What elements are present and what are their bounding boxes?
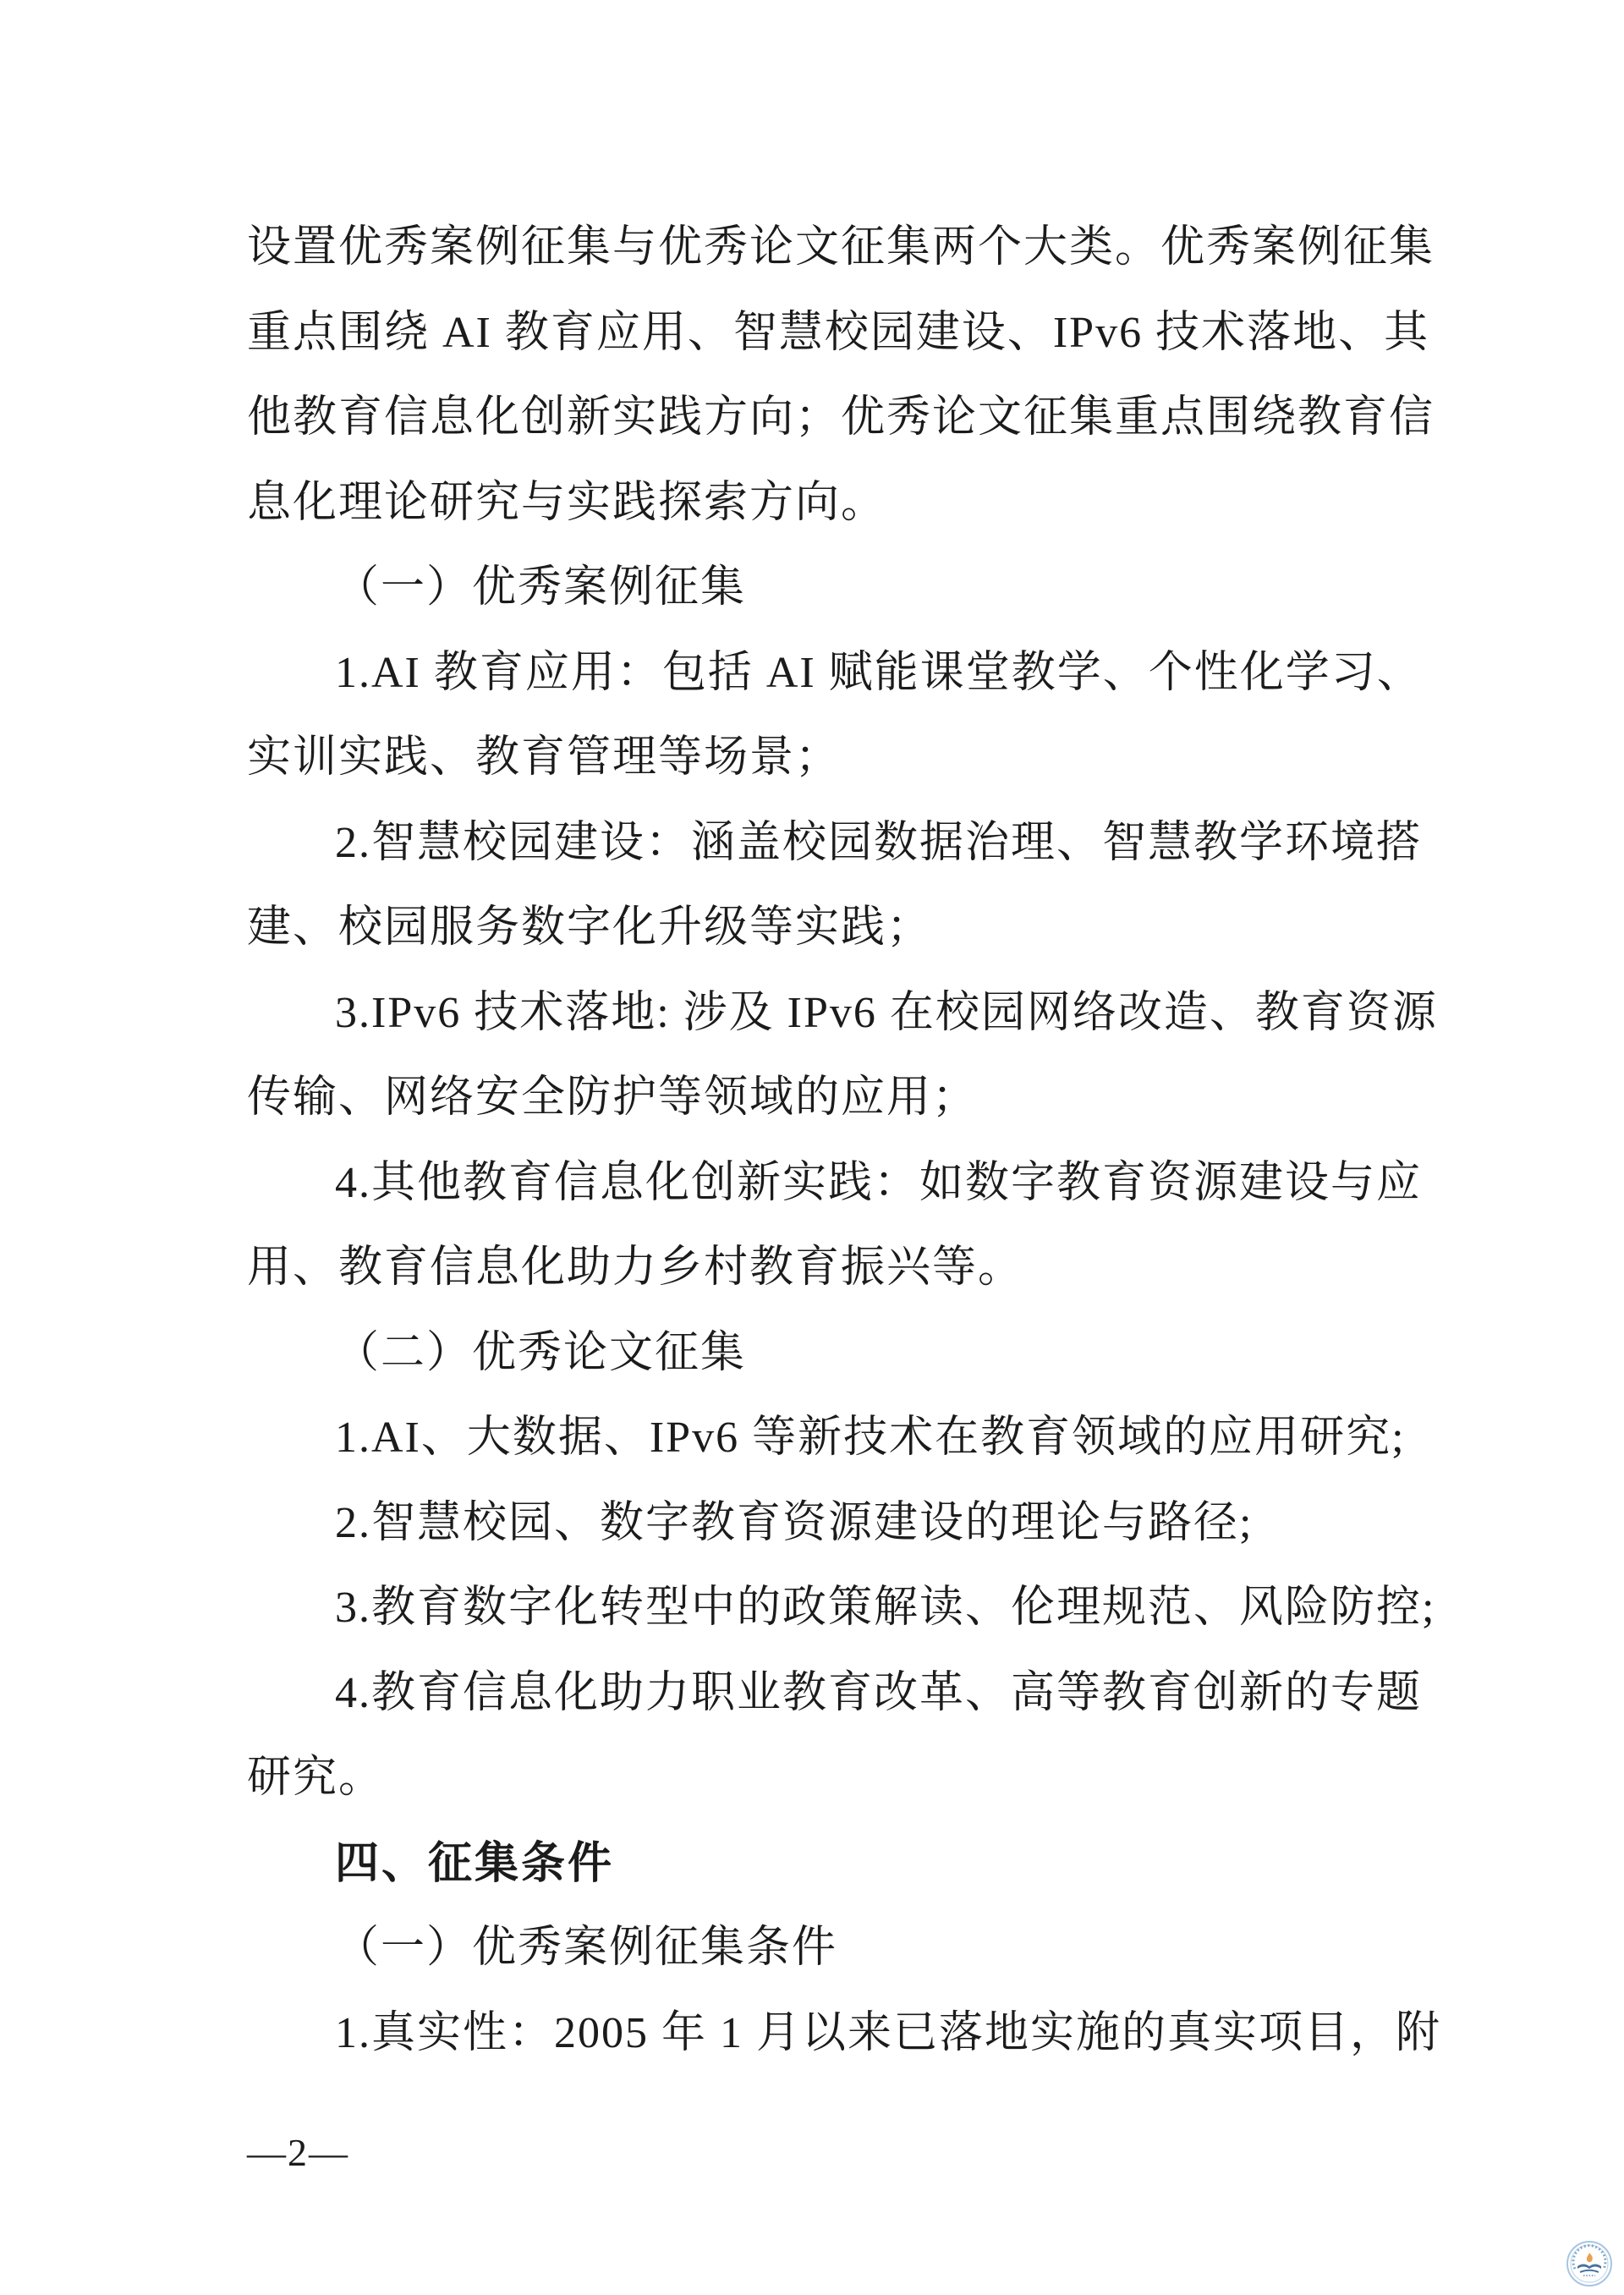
institution-seal-watermark bbox=[1566, 2240, 1613, 2287]
text-line: 息化理论研究与实践探索方向。 bbox=[247, 461, 1379, 546]
text-line: 重点围绕 AI 教育应用、智慧校园建设、IPv6 技术落地、其 bbox=[247, 291, 1379, 376]
text-line: 4.其他教育信息化创新实践：如数字教育资源建设与应 bbox=[247, 1141, 1379, 1226]
page-number: —2— bbox=[247, 2119, 349, 2187]
text-line: 3.教育数字化转型中的政策解读、伦理规范、风险防控; bbox=[247, 1566, 1379, 1650]
seal-open-book-icon bbox=[1577, 2265, 1601, 2270]
text-line: 1.AI、大数据、IPv6 等新技术在教育领域的应用研究; bbox=[247, 1396, 1379, 1480]
subsection-heading: （二）优秀论文征集 bbox=[247, 1311, 1379, 1396]
text-line: 传输、网络安全防护等领域的应用； bbox=[247, 1056, 1379, 1140]
text-line: 1.AI 教育应用：包括 AI 赋能课堂教学、个性化学习、 bbox=[247, 631, 1379, 716]
text-line: 用、教育信息化助力乡村教育振兴等。 bbox=[247, 1226, 1379, 1310]
text-line: 4.教育信息化助力职业教育改革、高等教育创新的专题 bbox=[247, 1651, 1379, 1736]
text-line: 设置优秀案例征集与优秀论文征集两个大类。优秀案例征集 bbox=[247, 206, 1379, 290]
text-line: 2.智慧校园、数字教育资源建设的理论与路径; bbox=[247, 1481, 1379, 1566]
text-line: 他教育信息化创新实践方向；优秀论文征集重点围绕教育信 bbox=[247, 376, 1379, 460]
subsection-heading: （一）优秀案例征集条件 bbox=[247, 1906, 1379, 1990]
text-line: 2.智慧校园建设：涵盖校园数据治理、智慧教学环境搭 bbox=[247, 801, 1379, 886]
seal-wave-icon bbox=[1580, 2270, 1599, 2272]
seal-flame-icon bbox=[1587, 2253, 1593, 2262]
document-page: 设置优秀案例征集与优秀论文征集两个大类。优秀案例征集 重点围绕 AI 教育应用、… bbox=[0, 0, 1624, 2295]
text-line: 实训实践、教育管理等场景； bbox=[247, 716, 1379, 800]
subsection-heading: （一）优秀案例征集 bbox=[247, 546, 1379, 630]
text-line: 建、校园服务数字化升级等实践； bbox=[247, 886, 1379, 970]
text-line: 研究。 bbox=[247, 1736, 1379, 1820]
section-heading: 四、征集条件 bbox=[247, 1821, 1379, 1906]
text-line: 3.IPv6 技术落地: 涉及 IPv6 在校园网络改造、教育资源 bbox=[247, 971, 1379, 1056]
seal-inner-ring-icon bbox=[1571, 2245, 1608, 2282]
text-line: 1.真实性：2005 年 1 月以来已落地实施的真实项目，附 bbox=[247, 1991, 1379, 2076]
